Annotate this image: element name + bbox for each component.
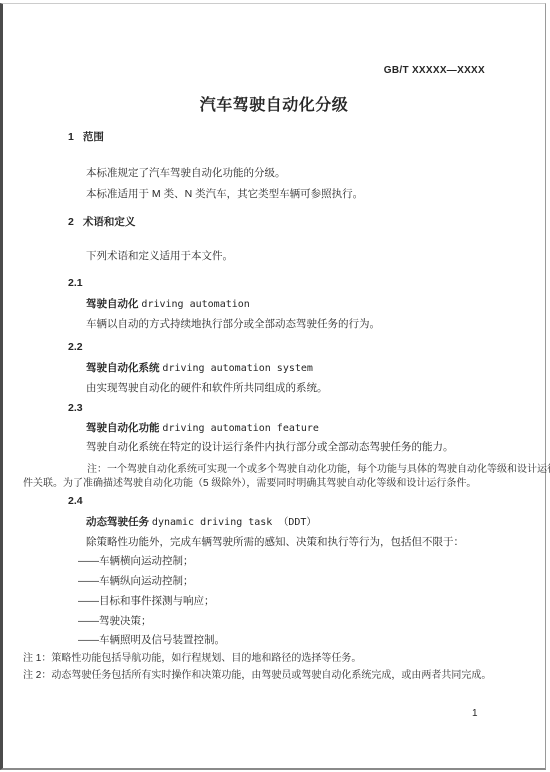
ddt-list-item-object-event: ——目标和事件探测与响应； <box>78 593 215 608</box>
document-page: GB/T XXXXX—XXXX 汽车驾驶自动化分级 1范围 本标准规定了汽车驾驶… <box>0 3 546 770</box>
term-2-3-title: 驾驶自动化功能 driving automation feature <box>86 420 319 435</box>
term-2-4-title: 动态驾驶任务 dynamic driving task （DDT） <box>86 513 316 529</box>
term-2-2-title: 驾驶自动化系统 driving automation system <box>86 360 313 375</box>
term-2-4-en: dynamic driving task （DDT） <box>152 517 317 528</box>
scope-paragraph-2: 本标准适用于 M 类、N 类汽车，其它类型车辆可参照执行。 <box>86 186 363 201</box>
term-2-2-en: driving automation system <box>162 363 313 374</box>
ddt-note-1: 注 1：策略性功能包括导航功能，如行程规划、目的地和路径的选择等任务。 <box>23 649 361 664</box>
term-2-4-number: 2.4 <box>68 495 83 507</box>
term-2-1-title: 驾驶自动化 driving automation <box>86 296 250 311</box>
term-2-4-zh: 动态驾驶任务 <box>86 516 149 528</box>
term-2-2-number: 2.2 <box>68 341 83 353</box>
ddt-list-item-lateral: ——车辆横向运动控制； <box>78 553 194 568</box>
section-2-number: 2 <box>68 216 74 228</box>
section-1-label: 范围 <box>83 131 104 143</box>
term-2-2-definition: 由实现驾驶自动化的硬件和软件所共同组成的系统。 <box>86 380 328 395</box>
standard-code: GB/T XXXXX—XXXX <box>384 65 485 76</box>
term-2-3-note-line-1: 注：一个驾驶自动化系统可实现一个或多个驾驶自动化功能，每个功能与具体的驾驶自动化… <box>87 460 550 475</box>
term-2-3-zh: 驾驶自动化功能 <box>86 422 160 434</box>
terms-intro: 下列术语和定义适用于本文件。 <box>86 248 233 263</box>
section-1-heading: 1范围 <box>68 129 104 144</box>
term-2-3-number: 2.3 <box>68 402 83 414</box>
term-2-4-definition: 除策略性功能外，完成车辆驾驶所需的感知、决策和执行等行为，包括但不限于： <box>86 534 464 549</box>
term-2-1-en: driving automation <box>141 299 249 310</box>
document-title: 汽车驾驶自动化分级 <box>3 92 545 115</box>
ddt-list-item-lighting: ——车辆照明及信号装置控制。 <box>78 632 225 647</box>
term-2-2-zh: 驾驶自动化系统 <box>86 362 160 374</box>
section-1-number: 1 <box>68 131 74 143</box>
scope-paragraph-1: 本标准规定了汽车驾驶自动化功能的分级。 <box>86 165 286 180</box>
section-2-label: 术语和定义 <box>83 216 136 228</box>
ddt-list-item-longitudinal: ——车辆纵向运动控制； <box>78 573 194 588</box>
ddt-note-2: 注 2：动态驾驶任务包括所有实时操作和决策功能，由驾驶员或驾驶自动化系统完成，或… <box>23 666 491 681</box>
term-2-3-en: driving automation feature <box>162 423 319 434</box>
term-2-1-number: 2.1 <box>68 277 83 289</box>
term-2-1-definition: 车辆以自动的方式持续地执行部分或全部动态驾驶任务的行为。 <box>86 316 380 331</box>
term-2-3-definition: 驾驶自动化系统在特定的设计运行条件内执行部分或全部动态驾驶任务的能力。 <box>86 439 454 454</box>
page-number: 1 <box>472 708 478 719</box>
ddt-list-item-decision: ——驾驶决策； <box>78 613 152 628</box>
term-2-3-note-line-2: 件关联。为了准确描述驾驶自动化功能（5 级除外），需要同时明确其驾驶自动化等级和… <box>23 474 476 489</box>
section-2-heading: 2术语和定义 <box>68 214 135 229</box>
term-2-1-zh: 驾驶自动化 <box>86 298 139 310</box>
